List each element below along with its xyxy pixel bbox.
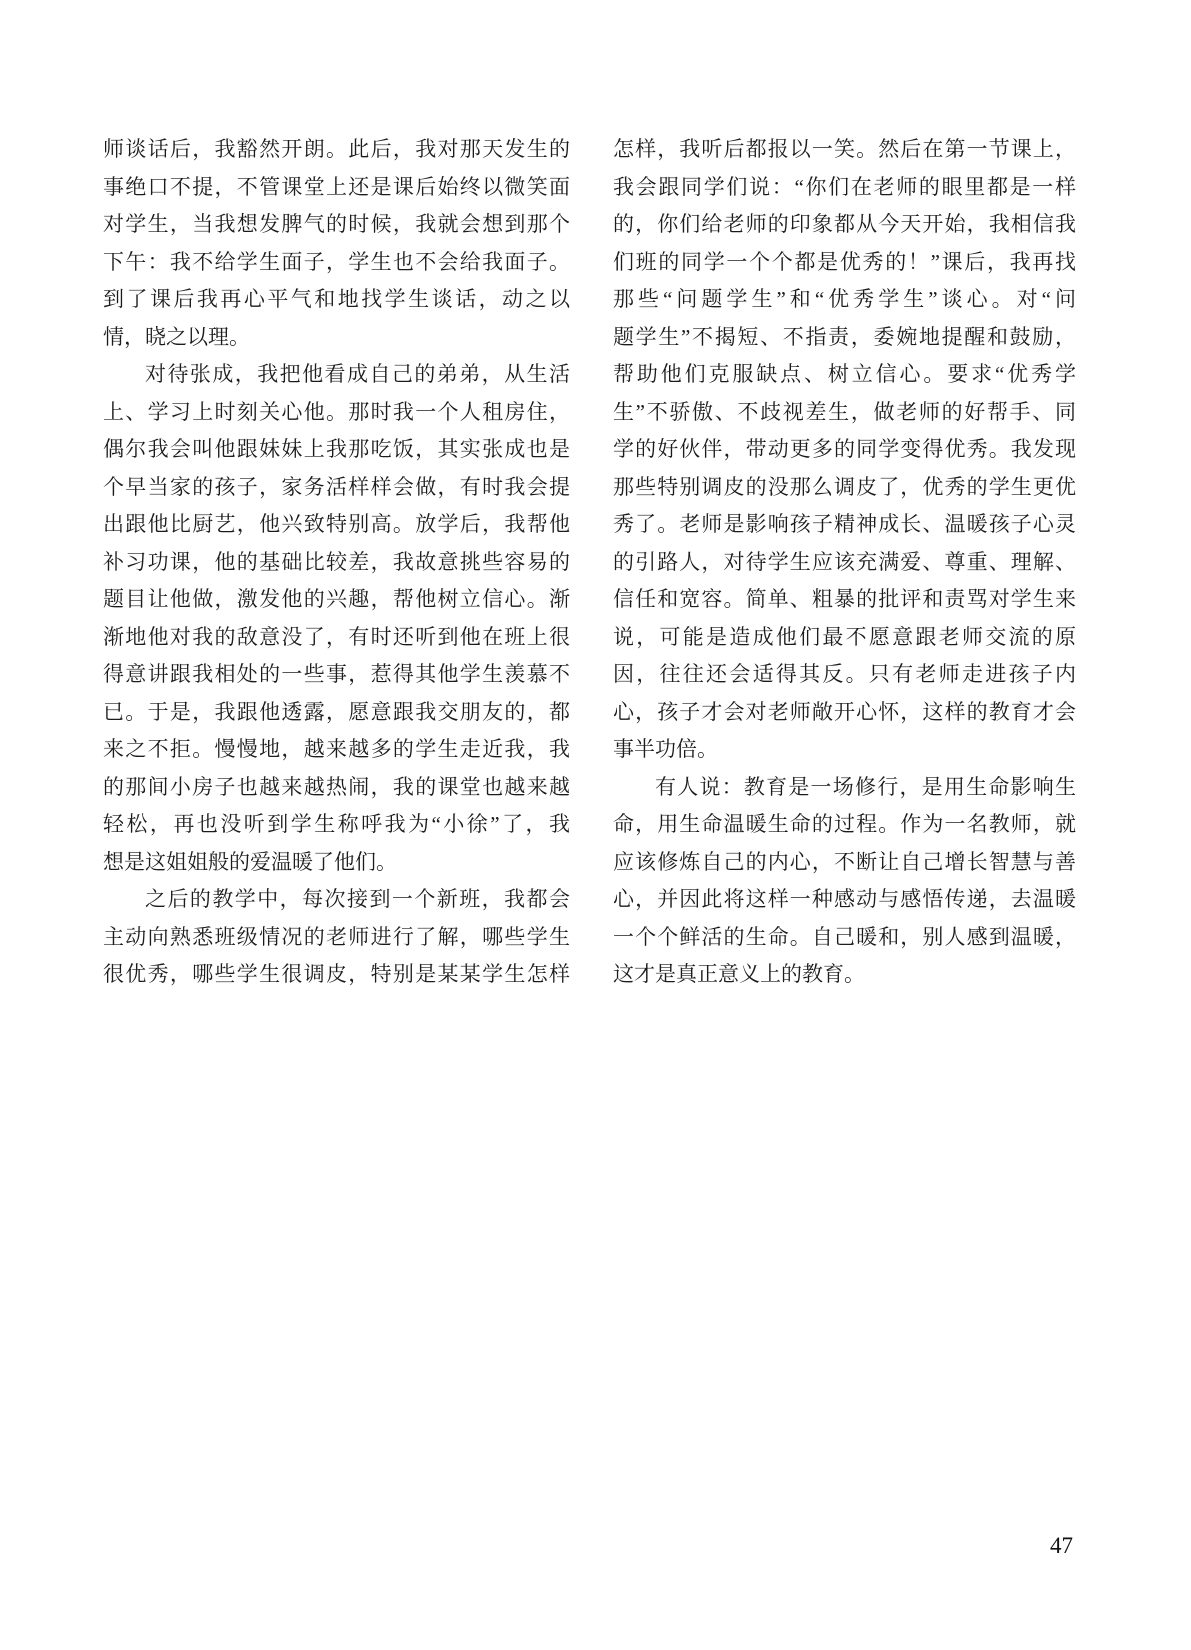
text-line: 个早当家的孩子，家务活样样会做，有时我会提 <box>103 469 570 507</box>
text-line: 有人说：教育是一场修行，是用生命影响生 <box>613 769 1076 807</box>
text-line: 来之不拒。慢慢地，越来越多的学生走近我，我 <box>103 731 570 769</box>
text-line: 因，往往还会适得其反。只有老师走进孩子内 <box>613 656 1076 694</box>
text-line: 心，并因此将这样一种感动与感悟传递，去温暖 <box>613 881 1076 919</box>
text-line: 补习功课，他的基础比较差，我故意挑些容易的 <box>103 544 570 582</box>
text-line: 心，孩子才会对老师敞开心怀，这样的教育才会 <box>613 694 1076 732</box>
text-line: 这才是真正意义上的教育。 <box>613 956 1076 994</box>
text-line: 那些“问题学生”和“优秀学生”谈心。对“问 <box>613 281 1076 319</box>
text-line: 命，用生命温暖生命的过程。作为一名教师，就 <box>613 806 1076 844</box>
text-line: 说，可能是造成他们最不愿意跟老师交流的原 <box>613 619 1076 657</box>
page-number: 47 <box>1050 1531 1073 1561</box>
text-line: 下午：我不给学生面子，学生也不会给我面子。 <box>103 244 570 282</box>
text-line: 出跟他比厨艺，他兴致特别高。放学后，我帮他 <box>103 506 570 544</box>
text-line: 偶尔我会叫他跟妹妹上我那吃饭，其实张成也是 <box>103 431 570 469</box>
document-page: 师谈话后，我豁然开朗。此后，我对那天发生的事绝口不提，不管课堂上还是课后始终以微… <box>0 0 1191 1650</box>
text-line: 想是这姐姐般的爱温暖了他们。 <box>103 844 570 882</box>
text-line: 的那间小房子也越来越热闹，我的课堂也越来越 <box>103 769 570 807</box>
text-line: 那些特别调皮的没那么调皮了，优秀的学生更优 <box>613 469 1076 507</box>
text-line: 怎样，我听后都报以一笑。然后在第一节课上， <box>613 131 1076 169</box>
text-line: 我会跟同学们说：“你们在老师的眼里都是一样 <box>613 169 1076 207</box>
text-line: 们班的同学一个个都是优秀的！”课后，我再找 <box>613 244 1076 282</box>
text-line: 一个个鲜活的生命。自己暖和，别人感到温暖， <box>613 919 1076 957</box>
text-column-right: 怎样，我听后都报以一笑。然后在第一节课上，我会跟同学们说：“你们在老师的眼里都是… <box>613 131 1076 994</box>
text-line: 题学生”不揭短、不指责，委婉地提醒和鼓励， <box>613 319 1076 357</box>
text-line: 到了课后我再心平气和地找学生谈话，动之以 <box>103 281 570 319</box>
text-line: 得意讲跟我相处的一些事，惹得其他学生羡慕不 <box>103 656 570 694</box>
text-line: 帮助他们克服缺点、树立信心。要求“优秀学 <box>613 356 1076 394</box>
text-line: 的，你们给老师的印象都从今天开始，我相信我 <box>613 206 1076 244</box>
text-line: 信任和宽容。简单、粗暴的批评和责骂对学生来 <box>613 581 1076 619</box>
text-line: 主动向熟悉班级情况的老师进行了解，哪些学生 <box>103 919 570 957</box>
text-line: 之后的教学中，每次接到一个新班，我都会 <box>103 881 570 919</box>
text-line: 学的好伙伴，带动更多的同学变得优秀。我发现 <box>613 431 1076 469</box>
text-line: 应该修炼自己的内心，不断让自己增长智慧与善 <box>613 844 1076 882</box>
two-column-text-body: 师谈话后，我豁然开朗。此后，我对那天发生的事绝口不提，不管课堂上还是课后始终以微… <box>103 131 1076 994</box>
text-line: 情，晓之以理。 <box>103 319 570 357</box>
text-line: 轻松，再也没听到学生称呼我为“小徐”了，我 <box>103 806 570 844</box>
text-line: 已。于是，我跟他透露，愿意跟我交朋友的，都 <box>103 694 570 732</box>
text-line: 的引路人，对待学生应该充满爱、尊重、理解、 <box>613 544 1076 582</box>
text-line: 题目让他做，激发他的兴趣，帮他树立信心。渐 <box>103 581 570 619</box>
text-line: 很优秀，哪些学生很调皮，特别是某某学生怎样 <box>103 956 570 994</box>
text-line: 秀了。老师是影响孩子精神成长、温暖孩子心灵 <box>613 506 1076 544</box>
text-column-left: 师谈话后，我豁然开朗。此后，我对那天发生的事绝口不提，不管课堂上还是课后始终以微… <box>103 131 570 994</box>
text-line: 对学生，当我想发脾气的时候，我就会想到那个 <box>103 206 570 244</box>
text-line: 对待张成，我把他看成自己的弟弟，从生活 <box>103 356 570 394</box>
text-line: 师谈话后，我豁然开朗。此后，我对那天发生的 <box>103 131 570 169</box>
text-line: 上、学习上时刻关心他。那时我一个人租房住， <box>103 394 570 432</box>
text-line: 渐地他对我的敌意没了，有时还听到他在班上很 <box>103 619 570 657</box>
text-line: 事绝口不提，不管课堂上还是课后始终以微笑面 <box>103 169 570 207</box>
text-line: 事半功倍。 <box>613 731 1076 769</box>
text-line: 生”不骄傲、不歧视差生，做老师的好帮手、同 <box>613 394 1076 432</box>
